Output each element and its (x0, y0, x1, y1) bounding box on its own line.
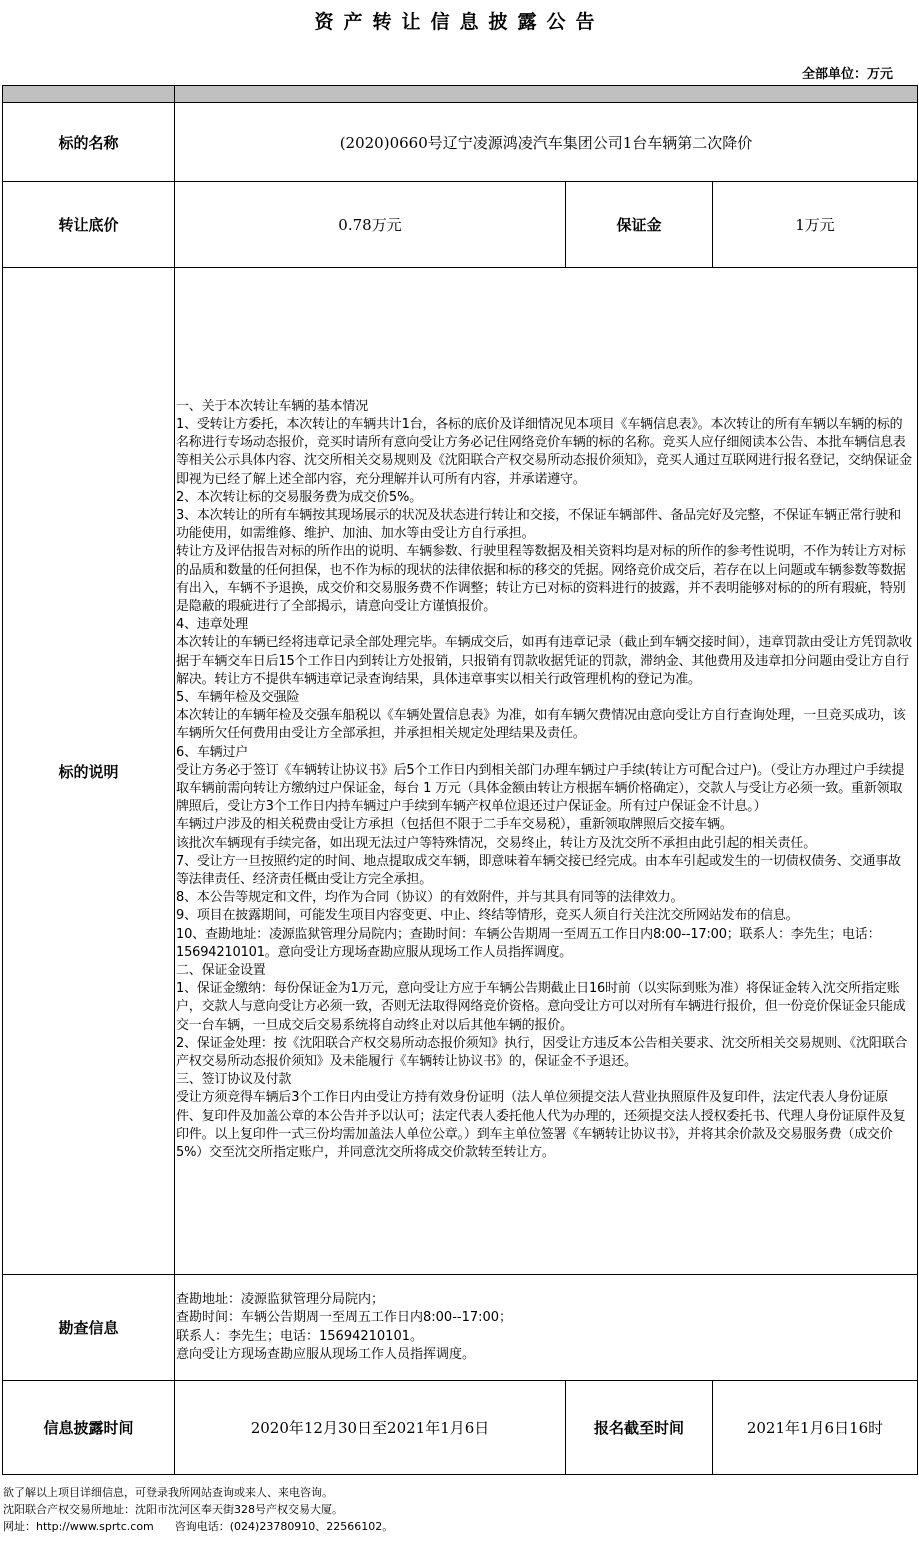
desc-paragraph: 受让方须竞得车辆后3个工作日内由受让方持有效身份证明（法人单位须提交法人营业执照… (176, 1089, 913, 1162)
survey-label: 勘查信息 (3, 1275, 175, 1381)
desc-paragraph: 1、受转让方委托，本次转让的车辆共计1台，各标的底价及详细情况见本项目《车辆信息… (176, 416, 913, 489)
price-label: 转让底价 (3, 182, 175, 268)
header-cell-right (175, 86, 918, 103)
desc-paragraph: 9、项目在披露期间，可能发生项目内容变更、中止、终结等情形，竞买人须自行关注沈交… (176, 907, 913, 925)
desc-paragraph: 4、违章处理 (176, 616, 913, 634)
footer-contact: 欲了解以上项目详细信息，可登录我所网站查询或来人、来电咨询。 沈阳联合产权交易所… (3, 1484, 393, 1535)
survey-line: 意向受让方现场查勘应服从现场工作人员指挥调度。 (176, 1346, 917, 1365)
row-survey: 勘查信息 查勘地址：凌源监狱管理分局院内； 查勘时间：车辆公告期周一至周五工作日… (3, 1275, 918, 1381)
footer-line-website-phone: 网址：http://www.sprtc.com 咨询电话：(024)237809… (3, 1518, 393, 1535)
unit-note: 全部单位：万元 (802, 66, 893, 84)
survey-line: 联系人：李先生；电话：15694210101。 (176, 1328, 917, 1347)
desc-paragraph: 本次转让的车辆年检及交强车船税以《车辆处置信息表》为准，如有车辆欠费情况由意向受… (176, 707, 913, 743)
page-title: 资产转让信息披露公告 (0, 8, 919, 36)
disclosure-table: 标的名称 (2020)0660号辽宁凌源鸿凌汽车集团公司1台车辆第二次降价 转让… (2, 85, 918, 1475)
desc-paragraph: 一、关于本次转让车辆的基本情况 (176, 398, 913, 416)
footer-line-address: 沈阳联合产权交易所地址：沈阳市沈河区奉天街328号产权交易大厦。 (3, 1501, 393, 1518)
desc-paragraph: 三、签订协议及付款 (176, 1071, 913, 1089)
desc-paragraph: 车辆过户涉及的相关税费由受让方承担（包括但不限于二手车交易税），重新领取牌照后交… (176, 816, 913, 834)
disclosure-time-value: 2020年12月30日至2021年1月6日 (175, 1381, 566, 1475)
desc-paragraph: 转让方及评估报告对标的所作出的说明、车辆参数、行驶里程等数据及相关资料均是对标的… (176, 543, 913, 616)
footer-line-inquiry: 欲了解以上项目详细信息，可登录我所网站查询或来人、来电咨询。 (3, 1484, 393, 1501)
desc-paragraph: 6、车辆过户 (176, 744, 913, 762)
desc-paragraph: 10、查勘地址：凌源监狱管理分局院内；查勘时间：车辆公告期周一至周五工作日内8:… (176, 926, 913, 962)
survey-line: 查勘地址：凌源监狱管理分局院内； (176, 1291, 917, 1310)
disclosure-time-label: 信息披露时间 (3, 1381, 175, 1475)
row-timing: 信息披露时间 2020年12月30日至2021年1月6日 报名截至时间 2021… (3, 1381, 918, 1475)
survey-body: 查勘地址：凌源监狱管理分局院内； 查勘时间：车辆公告期周一至周五工作日内8:00… (175, 1275, 918, 1381)
row-description: 标的说明 一、关于本次转让车辆的基本情况 1、受转让方委托，本次转让的车辆共计1… (3, 268, 918, 1275)
deposit-value: 1万元 (713, 182, 918, 268)
desc-paragraph: 8、本公告等规定和文件，均作为合同（协议）的有效附件，并与其具有同等的法律效力。 (176, 889, 913, 907)
deposit-label: 保证金 (566, 182, 713, 268)
desc-paragraph: 5、车辆年检及交强险 (176, 689, 913, 707)
description-label: 标的说明 (3, 268, 175, 1275)
description-body: 一、关于本次转让车辆的基本情况 1、受转让方委托，本次转让的车辆共计1台，各标的… (175, 268, 918, 1275)
subject-name-label: 标的名称 (3, 103, 175, 182)
registration-deadline-label: 报名截至时间 (566, 1381, 713, 1475)
registration-deadline-value: 2021年1月6日16时 (713, 1381, 918, 1475)
desc-paragraph: 3、本次转让的所有车辆按其现场展示的状况及状态进行转让和交接，不保证车辆部件、备… (176, 507, 913, 543)
desc-paragraph: 本次转让的车辆已经将违章记录全部处理完毕。车辆成交后，如再有违章记录（截止到车辆… (176, 634, 913, 689)
row-price: 转让底价 0.78万元 保证金 1万元 (3, 182, 918, 268)
header-cell-left (3, 86, 175, 103)
desc-paragraph: 二、保证金设置 (176, 962, 913, 980)
row-subject-name: 标的名称 (2020)0660号辽宁凌源鸿凌汽车集团公司1台车辆第二次降价 (3, 103, 918, 182)
desc-paragraph: 2、保证金处理：按《沈阳联合产权交易所动态报价须知》执行，因受让方违反本公告相关… (176, 1035, 913, 1071)
desc-paragraph: 2、本次转让标的交易服务费为成交价5%。 (176, 489, 913, 507)
price-value: 0.78万元 (175, 182, 566, 268)
survey-line: 查勘时间：车辆公告期周一至周五工作日内8:00--17:00； (176, 1309, 917, 1328)
table-header-row (3, 86, 918, 103)
desc-paragraph: 1、保证金缴纳：每份保证金为1万元，意向受让方应于车辆公告期截止日16时前（以实… (176, 980, 913, 1035)
subject-name-value: (2020)0660号辽宁凌源鸿凌汽车集团公司1台车辆第二次降价 (175, 103, 918, 182)
desc-paragraph: 7、受让方一旦按照约定的时间、地点提取成交车辆，即意味着车辆交接已经完成。由本车… (176, 853, 913, 889)
desc-paragraph: 该批次车辆现有手续完备，如出现无法过户等特殊情况，交易终止，转让方及沈交所不承担… (176, 835, 913, 853)
desc-paragraph: 受让方务必于签订《车辆转让协议书》后5个工作日内到相关部门办理车辆过户手续(转让… (176, 762, 913, 817)
